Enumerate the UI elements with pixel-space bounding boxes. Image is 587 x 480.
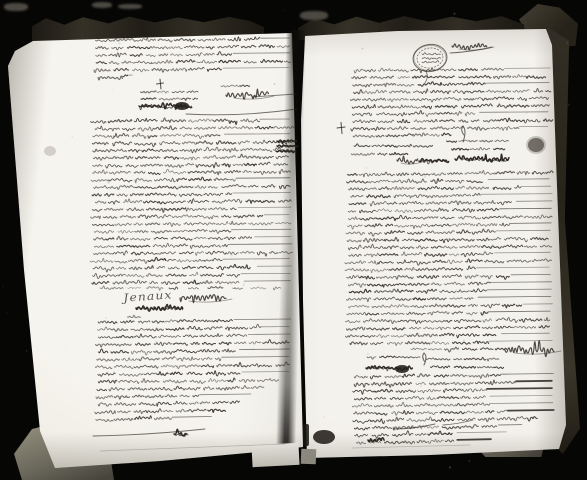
dust-speck: [566, 42, 568, 44]
debris-fragment: [300, 11, 328, 20]
dust-speck: [468, 460, 470, 462]
dust-speck: [12, 261, 13, 262]
debris-fragment: [92, 2, 112, 8]
dust-speck: [26, 350, 28, 352]
debris-fragment: [4, 3, 28, 11]
dust-speck: [449, 466, 451, 468]
dust-speck: [284, 10, 285, 11]
dust-speck: [453, 13, 455, 15]
dust-speck: [52, 12, 54, 14]
dust-speck: [26, 315, 27, 316]
page-tab-shadow: [301, 449, 317, 465]
debris-fragment: [118, 4, 142, 9]
dust-speck: [301, 360, 302, 361]
dust-speck: [568, 103, 570, 105]
dust-speck: [576, 59, 577, 60]
dust-speck: [2, 286, 3, 287]
dust-speck: [301, 4, 302, 5]
dust-speck: [6, 313, 7, 314]
manuscript-scan: Jenaux: [0, 0, 587, 480]
dust-speck: [524, 22, 525, 23]
page-tab: [251, 443, 299, 467]
dust-speck: [584, 314, 585, 315]
